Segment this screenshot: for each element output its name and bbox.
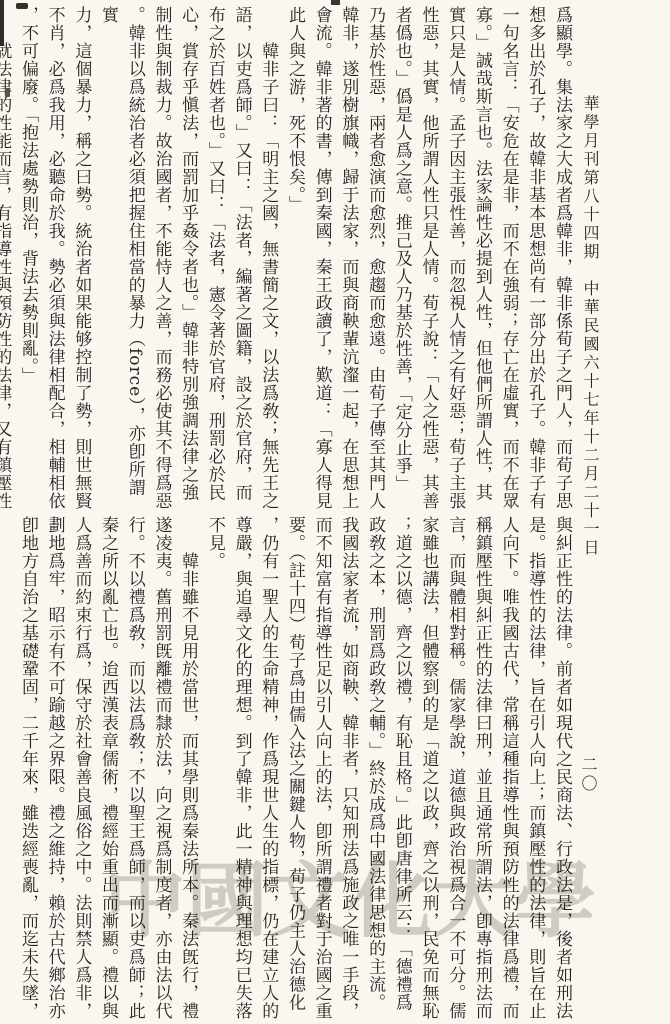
article-top-block: 爲顯學。集法家之大成者爲韓非，韓非係荀子之門人，而荀子思想多出於孔子，故韓非基本… [13,6,575,514]
text-column: ，不可偏廢。「抱法處勢則治，背法去勢則亂。」 [14,6,41,514]
text-column: 力，這個暴力，稱之曰勢。統治者如果能够控制了勢，則世無賢 [68,6,95,514]
text-column: 布之於百姓者也。」又曰：「法者，憲令著於官府，刑罰必於民 [201,6,228,514]
text-column: ；道之以德，齊之以禮，有恥且格。」此卽唐律所云：「德禮爲 [388,516,415,1024]
page-number: 二〇 [577,756,600,794]
scan-artifact-edge-line [0,0,4,46]
text-column: 人爲善而約束行爲，保守於社會善良風俗之中。法則禁人爲非， [68,516,95,1024]
text-column: 乃基於性惡，兩者愈演而愈烈，愈趨而愈遠。由荀子傳至其門人 [361,6,388,514]
text-column: 稱鎮壓性與糾正性的法律曰刑，並且通常所謂法，卽專指刑法而 [468,516,495,1024]
text-column: 秦之所以亂亡也。迨西漢表章儒術，禮經始重出而漸顯。禮以與 [94,516,121,1024]
text-column: 與糾正性的法律。前者如現代之民商法、行政法是，後者如刑法 [548,516,575,1024]
text-column: 爲顯學。集法家之大成者爲韓非，韓非係荀子之門人，而荀子思 [548,6,575,514]
text-column: 韓非，遂別樹旗幟，歸于法家，而與商鞅輩沆瀣一起，在思想上 [335,6,362,514]
text-column: 者僞也。」僞是人爲之意。推己及人乃基於性善，「定分止爭」 [388,6,415,514]
text-column: 要。（註十四）荀子爲由儒入法之關鍵人物，荀子仍主人治德化 [281,516,308,1024]
text-column: 尊嚴，與追尋文化的理想。到了韓非，此一精神與理想均已失落 [228,516,255,1024]
text-column: 言，而與體相對稱。儒家學說，道德與政治視爲合一不可分。儒 [441,516,468,1024]
text-column: 不見。 [201,516,228,1024]
text-column: 寡。」誠哉斯言也。法家論性必提到人性，但他們所謂人性，其 [468,6,495,514]
text-column: 語，以吏爲師。」又曰：「法者，編著之圖籍，設之於官府，而 [228,6,255,514]
text-column: 劃地爲牢，昭示有不可踰越之界限。禮之維持，賴於古代鄉治亦 [41,516,68,1024]
text-column: 就法律的性能而言，有指導性與預防性的法律，又有鎮壓性 [0,6,14,514]
journal-page: 中國文化大學 爲顯學。集法家之大成者爲韓非，韓非係荀子之門人，而荀子思想多出於孔… [0,0,670,1024]
text-column: 家雖也講法，但體察到的是「道之以政，齊之以刑，民免而無恥 [415,516,442,1024]
text-column: 會流。韓非著的書，傳到秦國，秦王政讀了，歎道：「寡人得見 [308,6,335,514]
text-column: 行。不以禮爲敎，而以法爲敎；不以聖王爲師，而以吏爲師；此 [121,516,148,1024]
text-column: 政敎之本，刑罰爲政敎之輔。」終於成爲中國法律思想的主流。 [361,516,388,1024]
text-column: ，仍有一聖人的生命精神，作爲現世人生的指標，仍在建立人的 [255,516,282,1024]
text-column: 想多出於孔子，故韓非基本思想尚有一部分出於孔子。韓非子有 [522,6,549,514]
text-column: 一句名言：「安危在是非，而不在強弱；存亡在虛實，而不在眾 [495,6,522,514]
text-column: 是。指導性的法律，旨在引人向上；而鎮壓性的法律，則旨在止 [522,516,549,1024]
scan-artifact-dash [331,0,340,5]
text-column: 心，賞存乎愼法，而罰加乎姦令者也。」韓非特別強調法律之強 [174,6,201,514]
journal-title: 華學月刊第八十四期 中華民國六十七年十二月二十一日 [579,95,602,570]
scan-artifact-blot [16,3,28,9]
text-column: 遂凌夷。舊刑罰旣離禮而隸於法，向之視爲制度者，亦由法以代 [148,516,175,1024]
text-column: 不肖，必爲我用，必聽命於我。勢必須與法律相配合，相輔相依 [41,6,68,514]
text-column: 而不知富有指導性足以引人向上的法，卽所謂禮者對于治國之重 [308,516,335,1024]
text-column: 韓非子曰：「明主之國，無書簡之文，以法爲敎；無先王之 [255,6,282,514]
text-column: 我國法家者流，如商鞅、韓非者，只知刑法爲施政之唯一手段， [335,516,362,1024]
text-column: 卽地方自治之基礎鞏固，二千年來，雖迭經喪亂，而迄未失墜， [14,516,41,1024]
text-column: 性惡，其實，他所謂人性只是人情。荀子說：「人之性惡，其善 [415,6,442,514]
text-column: 。韓非以爲統治者必須把握住相當的暴力（force），亦卽所謂實 [94,6,147,514]
text-column: 實只是人情。孟子因主張性善，而忽視人情之有好惡；荀子主張 [441,6,468,514]
scan-artifact-speck [5,88,10,97]
text-column: 人向下。唯我國古代，常稱這種指導性與預防性的法律爲禮，而 [495,516,522,1024]
text-column: 韓非雖不見用於當世，而其學則爲秦法所本。秦法旣行，禮 [174,516,201,1024]
text-column: 此人與之游，死不恨矣。」 [281,6,308,514]
article-bottom-block: 與糾正性的法律。前者如現代之民商法、行政法是，後者如刑法是。指導性的法律，旨在引… [13,516,575,1024]
text-column: 制性與制裁力。故治國者，不能恃人之善，而務必使其不得爲惡 [148,6,175,514]
